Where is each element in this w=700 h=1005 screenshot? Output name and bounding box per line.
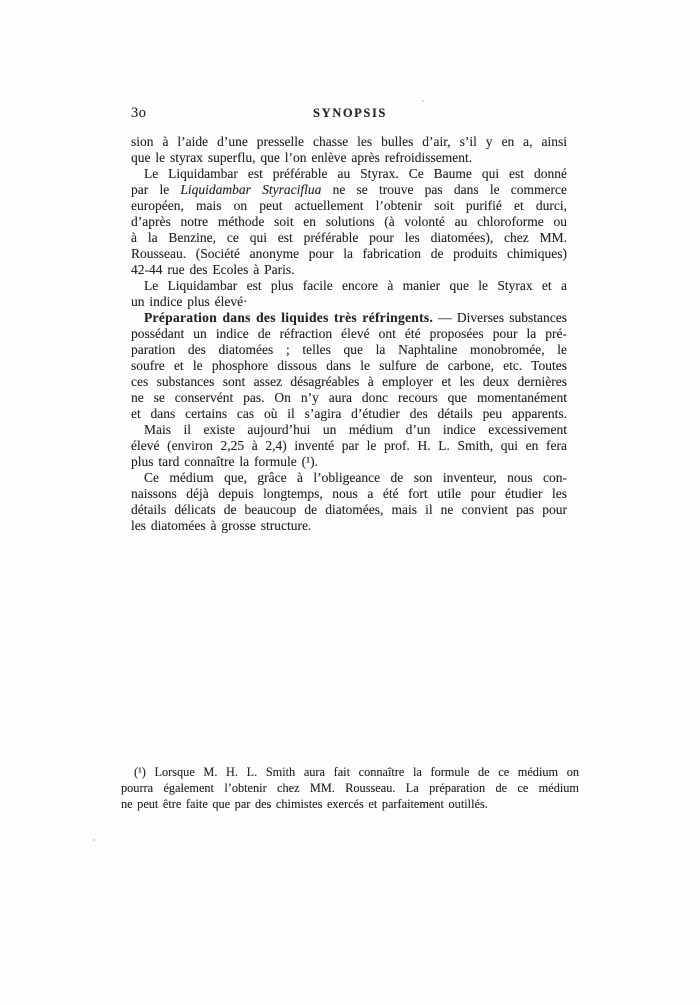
text-line: Le Liquidambar est préférable au Styrax.… <box>131 166 567 182</box>
text-segment: d’après notre méthode soit en solutions … <box>131 214 567 229</box>
text-segment: détails délicats de beaucoup de diatomée… <box>131 502 567 517</box>
text-line: ces substances sont assez désagréables à… <box>131 374 567 390</box>
text-segment: (¹) Lorsque M. H. L. Smith aura fait con… <box>134 765 579 779</box>
text-line: Préparation dans des liquides très réfri… <box>131 310 567 326</box>
text-line: d’après notre méthode soit en solutions … <box>131 214 567 230</box>
text-line: plus tard connaître la formule (¹). <box>131 454 567 470</box>
text-line: par le Liquidambar Styraciflua ne se tro… <box>131 182 567 198</box>
text-line: possédant un indice de réfraction élevé … <box>131 326 567 342</box>
text-segment: naissons déjà depuis longtemps, nous a é… <box>131 486 567 501</box>
text-segment: sion à l’aide d’une presselle chasse les… <box>131 134 567 149</box>
text-segment: Liquidambar Styraciflua <box>180 182 321 197</box>
text-line: soufre et le phosphore dissous dans le s… <box>131 358 567 374</box>
text-segment: européen, mais on peut actuellement l’ob… <box>131 198 567 213</box>
scan-speck <box>422 100 424 102</box>
text-segment: Le Liquidambar est préférable au Styrax.… <box>144 166 567 181</box>
text-segment: ne se conservént pas. On n’y aura donc r… <box>131 390 567 405</box>
text-segment: que le styrax superflu, que l’on enlève … <box>131 150 472 165</box>
text-segment: élevé (environ 2,25 à 2,4) inventé par l… <box>131 438 567 453</box>
text-line: pourra également l’obtenir chez MM. Rous… <box>121 780 579 796</box>
text-line: que le styrax superflu, que l’on enlève … <box>131 150 567 166</box>
text-line: élevé (environ 2,25 à 2,4) inventé par l… <box>131 438 567 454</box>
text-segment: ces substances sont assez désagréables à… <box>131 374 567 389</box>
running-title: SYNOPSIS <box>0 106 700 121</box>
text-line: détails délicats de beaucoup de diatomée… <box>131 502 567 518</box>
text-segment: Le Liquidambar est plus facile encore à … <box>144 278 567 293</box>
text-segment: par le <box>131 182 180 197</box>
text-segment: ne peut être faite que par des chimistes… <box>121 797 488 811</box>
text-segment: Préparation dans des liquides très réfri… <box>144 310 433 325</box>
text-line: à la Benzine, ce qui est préférable pour… <box>131 230 567 246</box>
book-page: 3o SYNOPSIS sion à l’aide d’une pressell… <box>0 0 700 1005</box>
text-line: ne peut être faite que par des chimistes… <box>121 796 579 812</box>
text-line: 42-44 rue des Ecoles à Paris. <box>131 262 567 278</box>
text-line: Mais il existe aujourd’hui un médium d’u… <box>131 422 567 438</box>
text-line: européen, mais on peut actuellement l’ob… <box>131 198 567 214</box>
text-segment: possédant un indice de réfraction élevé … <box>131 326 567 341</box>
text-line: Le Liquidambar est plus facile encore à … <box>131 278 567 294</box>
text-line: un indice plus élevé· <box>131 294 567 310</box>
text-segment: 42-44 rue des Ecoles à Paris. <box>131 262 294 277</box>
text-line: les diatomées à grosse structure. <box>131 518 567 534</box>
text-segment: un indice plus élevé· <box>131 294 248 309</box>
text-segment: à la Benzine, ce qui est préférable pour… <box>131 230 567 245</box>
text-line: (¹) Lorsque M. H. L. Smith aura fait con… <box>121 764 579 780</box>
text-line: ne se conservént pas. On n’y aura donc r… <box>131 390 567 406</box>
scan-speck <box>93 839 95 841</box>
text-segment: plus tard connaître la formule (¹). <box>131 454 318 469</box>
text-line: et dans certains cas où il s’agira d’étu… <box>131 406 567 422</box>
text-line: paration des diatomées ; telles que la N… <box>131 342 567 358</box>
text-segment: Ce médium que, grâce à l’obligeance de s… <box>144 470 567 485</box>
text-segment: Rousseau. (Société anonyme pour la fabri… <box>131 246 567 261</box>
text-segment: — Diverses substances <box>433 310 567 325</box>
body-text-block: sion à l’aide d’une presselle chasse les… <box>131 134 567 534</box>
text-segment: ne se trouve pas dans le commerce <box>321 182 567 197</box>
text-segment: et dans certains cas où il s’agira d’étu… <box>131 406 567 421</box>
text-line: Rousseau. (Société anonyme pour la fabri… <box>131 246 567 262</box>
text-segment: les diatomées à grosse structure. <box>131 518 311 533</box>
text-line: sion à l’aide d’une presselle chasse les… <box>131 134 567 150</box>
text-line: Ce médium que, grâce à l’obligeance de s… <box>131 470 567 486</box>
text-segment: paration des diatomées ; telles que la N… <box>131 342 567 357</box>
text-line: naissons déjà depuis longtemps, nous a é… <box>131 486 567 502</box>
text-segment: pourra également l’obtenir chez MM. Rous… <box>121 781 579 795</box>
text-segment: soufre et le phosphore dissous dans le s… <box>131 358 567 373</box>
footnote-block: (¹) Lorsque M. H. L. Smith aura fait con… <box>121 764 579 812</box>
text-segment: Mais il existe aujourd’hui un médium d’u… <box>144 422 567 437</box>
